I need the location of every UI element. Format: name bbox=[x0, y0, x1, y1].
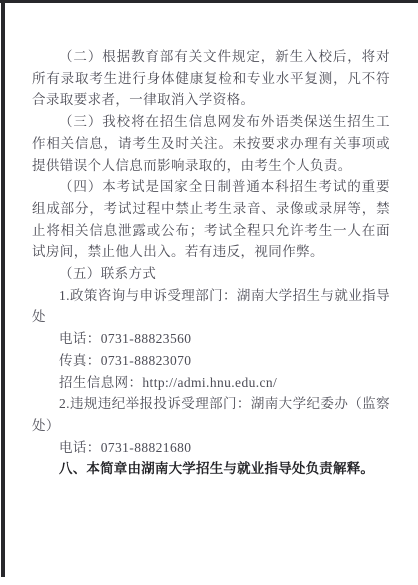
document-body: （二）根据教育部有关文件规定，新生入校后，将对所有录取考生进行身体健康复检和专业… bbox=[32, 46, 390, 480]
final-interpretation-note: 八、本简章由湖南大学招生与就业指导处负责解释。 bbox=[32, 458, 390, 480]
para-exam-rules: （四）本考试是国家全日制普通本科招生考试的重要组成部分，考试过程中禁止考生录音、… bbox=[32, 176, 390, 263]
para-website-notice: （三）我校将在招生信息网发布外语类保送生招生工作相关信息，请考生及时关注。未按要… bbox=[32, 111, 390, 176]
contact-policy-dept: 1.政策咨询与申诉受理部门：湖南大学招生与就业指导处 bbox=[32, 285, 390, 328]
contact-phone-admissions: 电话：0731-88823560 bbox=[32, 328, 390, 350]
contact-phone-discipline: 电话：0731-88821680 bbox=[32, 437, 390, 459]
scan-edge-left bbox=[1, 0, 5, 577]
admissions-website-url: 招生信息网：http://admi.hnu.edu.cn/ bbox=[32, 372, 390, 394]
para-health-recheck: （二）根据教育部有关文件规定，新生入校后，将对所有录取考生进行身体健康复检和专业… bbox=[32, 46, 390, 111]
scanned-document-page: （二）根据教育部有关文件规定，新生入校后，将对所有录取考生进行身体健康复检和专业… bbox=[0, 0, 418, 585]
contact-discipline-dept: 2.违规违纪举报投诉受理部门：湖南大学纪委办（监察处） bbox=[32, 393, 390, 436]
para-contact-heading: （五）联系方式 bbox=[32, 263, 390, 285]
contact-fax-admissions: 传真：0731-88823070 bbox=[32, 350, 390, 372]
scan-edge-top bbox=[0, 0, 418, 3]
